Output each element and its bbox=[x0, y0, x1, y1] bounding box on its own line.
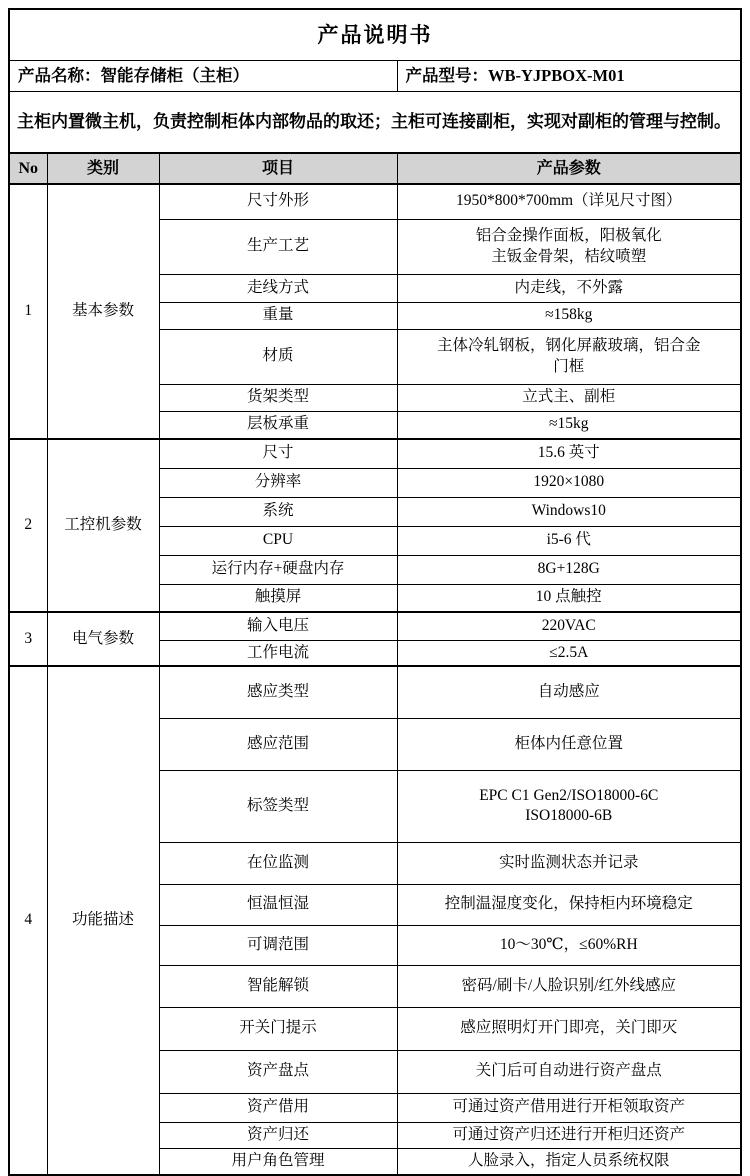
item-cell: 标签类型 bbox=[159, 770, 397, 842]
description-row: 主柜内置微主机，负责控制柜体内部物品的取还；主柜可连接副柜，实现对副柜的管理与控… bbox=[9, 92, 741, 154]
product-model: 产品型号：WB-YJPBOX-M01 bbox=[397, 61, 741, 92]
param-cell: 密码/刷卡/人脸识别/红外线感应 bbox=[397, 965, 741, 1007]
param-cell: 实时监测状态并记录 bbox=[397, 842, 741, 884]
item-cell: 尺寸 bbox=[159, 439, 397, 468]
col-header-category: 类别 bbox=[47, 153, 159, 184]
product-name: 产品名称：智能存储柜（主柜） bbox=[9, 61, 397, 92]
item-cell: 感应范围 bbox=[159, 718, 397, 770]
product-description: 主柜内置微主机，负责控制柜体内部物品的取还；主柜可连接副柜，实现对副柜的管理与控… bbox=[9, 92, 741, 154]
section-no: 3 bbox=[9, 612, 47, 666]
document-page: 产品说明书 产品名称：智能存储柜（主柜） 产品型号：WB-YJPBOX-M01 … bbox=[0, 0, 750, 1163]
item-cell: 感应类型 bbox=[159, 666, 397, 718]
product-info-row: 产品名称：智能存储柜（主柜） 产品型号：WB-YJPBOX-M01 bbox=[9, 61, 741, 92]
item-cell: 分辨率 bbox=[159, 468, 397, 497]
col-header-no: No bbox=[9, 153, 47, 184]
spec-row: 1 基本参数 尺寸外形 1950*800*700mm（详见尺寸图） bbox=[9, 184, 741, 219]
item-cell: 货架类型 bbox=[159, 384, 397, 411]
title-row: 产品说明书 bbox=[9, 9, 741, 61]
param-cell: 15.6 英寸 bbox=[397, 439, 741, 468]
col-header-item: 项目 bbox=[159, 153, 397, 184]
param-cell: ≤2.5A bbox=[397, 640, 741, 666]
item-cell: 用户角色管理 bbox=[159, 1148, 397, 1174]
item-cell: 材质 bbox=[159, 329, 397, 384]
param-cell: 可通过资产归还进行开柜归还资产 bbox=[397, 1122, 741, 1148]
item-cell: 资产盘点 bbox=[159, 1050, 397, 1093]
param-cell: EPC C1 Gen2/ISO18000-6C ISO18000-6B bbox=[397, 770, 741, 842]
param-cell: ≈15kg bbox=[397, 411, 741, 439]
item-cell: 触摸屏 bbox=[159, 584, 397, 612]
param-cell: 主体冷轧钢板，钢化屏蔽玻璃，铝合金 门框 bbox=[397, 329, 741, 384]
spec-table: 产品说明书 产品名称：智能存储柜（主柜） 产品型号：WB-YJPBOX-M01 … bbox=[8, 8, 742, 1176]
item-cell: 生产工艺 bbox=[159, 219, 397, 274]
item-cell: 层板承重 bbox=[159, 411, 397, 439]
param-cell: 铝合金操作面板，阳极氧化 主钣金骨架，桔纹喷塑 bbox=[397, 219, 741, 274]
item-cell: 资产归还 bbox=[159, 1122, 397, 1148]
section-category: 基本参数 bbox=[47, 184, 159, 439]
item-cell: 智能解锁 bbox=[159, 965, 397, 1007]
param-cell: 人脸录入，指定人员系统权限 bbox=[397, 1148, 741, 1174]
item-cell: 开关门提示 bbox=[159, 1007, 397, 1050]
item-cell: 恒温恒湿 bbox=[159, 884, 397, 925]
item-cell: 运行内存+硬盘内存 bbox=[159, 555, 397, 584]
item-cell: 尺寸外形 bbox=[159, 184, 397, 219]
item-cell: 输入电压 bbox=[159, 612, 397, 640]
param-cell: 柜体内任意位置 bbox=[397, 718, 741, 770]
param-cell: 可通过资产借用进行开柜领取资产 bbox=[397, 1093, 741, 1122]
param-cell: 1920×1080 bbox=[397, 468, 741, 497]
param-cell: 220VAC bbox=[397, 612, 741, 640]
section-no: 1 bbox=[9, 184, 47, 439]
spec-row: 3 电气参数 输入电压 220VAC bbox=[9, 612, 741, 640]
param-cell: 自动感应 bbox=[397, 666, 741, 718]
item-cell: 走线方式 bbox=[159, 274, 397, 302]
param-cell: 内走线，不外露 bbox=[397, 274, 741, 302]
section-category: 电气参数 bbox=[47, 612, 159, 666]
table-header-row: No 类别 项目 产品参数 bbox=[9, 153, 741, 184]
param-cell: 控制温湿度变化，保持柜内环境稳定 bbox=[397, 884, 741, 925]
section-category: 功能描述 bbox=[47, 666, 159, 1174]
spec-row: 2 工控机参数 尺寸 15.6 英寸 bbox=[9, 439, 741, 468]
item-cell: 在位监测 bbox=[159, 842, 397, 884]
item-cell: 可调范围 bbox=[159, 925, 397, 965]
item-cell: 系统 bbox=[159, 497, 397, 526]
param-cell: ≈158kg bbox=[397, 302, 741, 329]
section-no: 2 bbox=[9, 439, 47, 612]
item-cell: 资产借用 bbox=[159, 1093, 397, 1122]
param-cell: 1950*800*700mm（详见尺寸图） bbox=[397, 184, 741, 219]
col-header-param: 产品参数 bbox=[397, 153, 741, 184]
item-cell: CPU bbox=[159, 526, 397, 555]
param-cell: 立式主、副柜 bbox=[397, 384, 741, 411]
param-cell: 8G+128G bbox=[397, 555, 741, 584]
spec-row: 4 功能描述 感应类型 自动感应 bbox=[9, 666, 741, 718]
item-cell: 工作电流 bbox=[159, 640, 397, 666]
page-title: 产品说明书 bbox=[9, 9, 741, 61]
section-no: 4 bbox=[9, 666, 47, 1174]
param-cell: 10～30℃，≤60%RH bbox=[397, 925, 741, 965]
param-cell: Windows10 bbox=[397, 497, 741, 526]
section-category: 工控机参数 bbox=[47, 439, 159, 612]
param-cell: 10 点触控 bbox=[397, 584, 741, 612]
param-cell: 关门后可自动进行资产盘点 bbox=[397, 1050, 741, 1093]
param-cell: i5-6 代 bbox=[397, 526, 741, 555]
param-cell: 感应照明灯开门即亮，关门即灭 bbox=[397, 1007, 741, 1050]
item-cell: 重量 bbox=[159, 302, 397, 329]
